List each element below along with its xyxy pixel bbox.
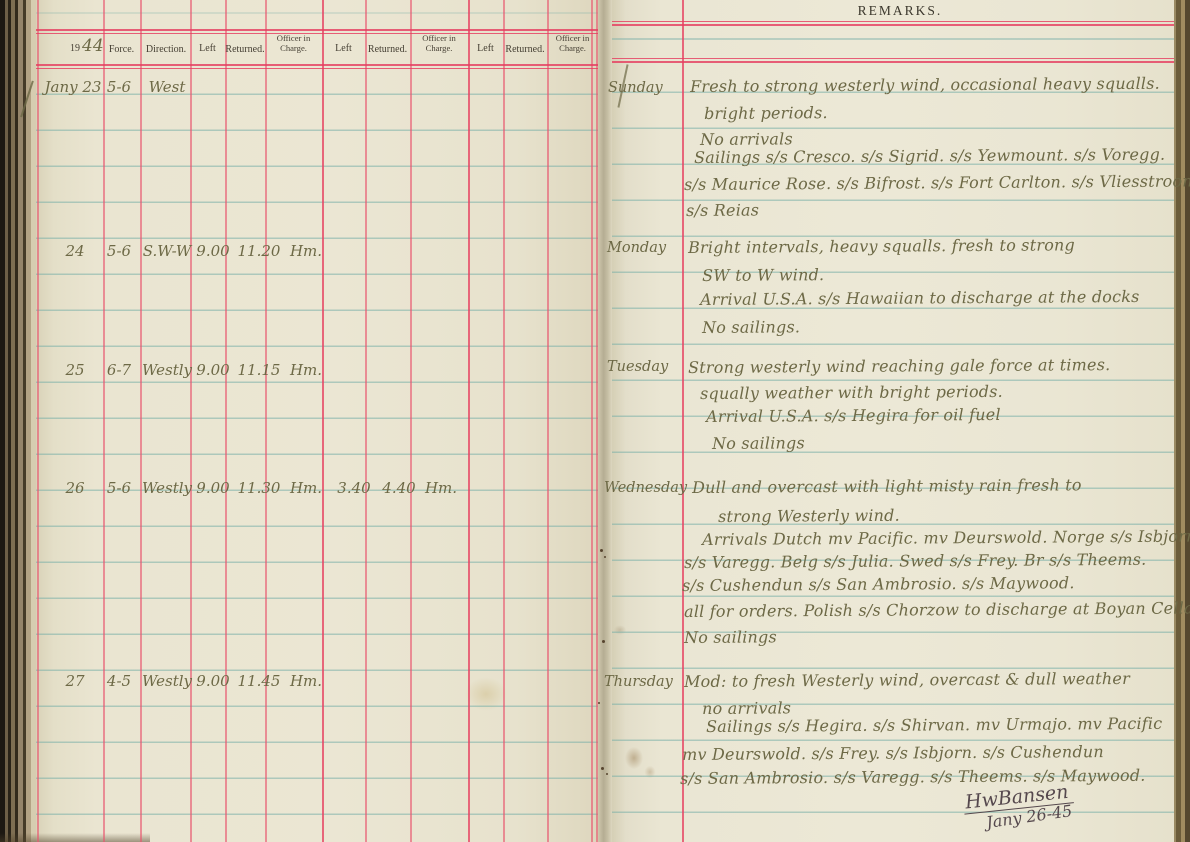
- cell-returned: 11.20: [235, 242, 283, 266]
- remarks-header: REMARKS.: [640, 3, 1160, 19]
- margin-line: [682, 0, 684, 842]
- column-line: [225, 0, 227, 842]
- book-binding: [0, 0, 36, 842]
- remark-line: mv Deurswold. s/s Frey. s/s Isbjorn. s/s…: [682, 742, 1104, 764]
- column-line: [365, 0, 367, 842]
- header-rule: [36, 64, 598, 66]
- cell-force: 5-6: [98, 479, 140, 503]
- stitch-dot: [602, 640, 605, 643]
- cell-left: 9.00: [191, 361, 235, 385]
- remark-line: strong Westerly wind.: [718, 506, 900, 526]
- remark-line: squally weather with bright periods.: [700, 382, 1003, 403]
- column-line: [322, 0, 324, 842]
- col-header-returned-1: Returned.: [225, 44, 265, 55]
- remark-line: Arrivals Dutch mv Pacific. mv Deurswold.…: [702, 527, 1190, 549]
- cell-left: 9.00: [191, 672, 235, 696]
- header-rule: [36, 68, 598, 70]
- col-header-left-1: Left: [190, 43, 225, 54]
- header-rule: [612, 24, 1174, 26]
- cell-left-2: 3.40: [331, 479, 377, 503]
- remark-line: Arrival U.S.A. s/s Hawaiian to discharge…: [700, 287, 1140, 309]
- cell-left: 9.00: [191, 479, 235, 503]
- remark-line: all for orders. Polish s/s Chorzow to di…: [684, 598, 1190, 621]
- col-header-direction: Direction.: [142, 44, 190, 55]
- remark-line: Dull and overcast with light misty rain …: [692, 475, 1082, 497]
- remark-line: s/s San Ambrosio. s/s Varegg. s/s Theems…: [680, 766, 1146, 788]
- cell-date: Jany 23: [40, 78, 106, 102]
- cell-officer: Hm.: [281, 672, 331, 696]
- remark-line: no arrivals: [702, 698, 791, 718]
- page-edge: [1174, 0, 1190, 842]
- ruled-line: [36, 12, 598, 14]
- year-handwritten: 44: [82, 36, 104, 56]
- page-gutter: [598, 0, 612, 842]
- cell-officer: Hm.: [281, 361, 331, 385]
- col-header-officer-1: Officer in Charge.: [267, 34, 320, 53]
- remark-line: bright periods.: [704, 103, 828, 123]
- remark-line: No arrivals: [700, 129, 793, 149]
- column-line: [591, 0, 593, 842]
- remark-line: s/s Cushendun s/s San Ambrosio. s/s Mayw…: [682, 573, 1075, 595]
- column-line: [103, 0, 105, 842]
- remark-line: s/s Maurice Rose. s/s Bifrost. s/s Fort …: [684, 171, 1190, 194]
- cell-direction: S.W-W: [140, 242, 194, 266]
- cell-direction: Westly: [140, 479, 194, 503]
- ruled-lines-left: [36, 59, 598, 842]
- cell-direction: Westly: [140, 361, 194, 385]
- ruled-line: [612, 38, 1174, 40]
- header-rule: [612, 21, 1174, 23]
- column-line: [37, 0, 39, 842]
- day-label-tuesday: Tuesday: [607, 359, 681, 375]
- cell-force: 6-7: [98, 361, 140, 385]
- stitch-dot: [600, 549, 603, 552]
- column-line: [265, 0, 267, 842]
- remark-line: Sailings s/s Cresco. s/s Sigrid. s/s Yew…: [694, 145, 1165, 167]
- stitch-dot: [598, 702, 600, 704]
- cell-force: 4-5: [98, 672, 140, 696]
- col-header-officer-2: Officer in Charge.: [412, 34, 466, 53]
- column-line: [596, 0, 598, 842]
- col-header-returned-3: Returned.: [503, 44, 547, 55]
- col-header-returned-2: Returned.: [365, 44, 410, 55]
- col-header-left-3: Left: [468, 43, 503, 54]
- stitch-dot: [606, 773, 608, 775]
- cell-returned: 11.15: [235, 361, 283, 385]
- remark-line: No sailings: [684, 627, 777, 647]
- remark-line: Arrival U.S.A. s/s Hegira for oil fuel: [706, 405, 1001, 426]
- cell-returned: 11.30: [235, 479, 283, 503]
- remark-line: Fresh to strong westerly wind, occasiona…: [690, 74, 1160, 96]
- col-header-left-2: Left: [322, 43, 365, 54]
- column-line: [190, 0, 192, 842]
- cell-force: 5-6: [98, 78, 140, 102]
- day-label-thursday: Thursday: [604, 674, 678, 690]
- remark-line: Sailings s/s Hegira. s/s Shirvan. mv Urm…: [706, 714, 1162, 736]
- cell-direction: Westly: [140, 672, 194, 696]
- col-header-officer-3: Officer in Charge.: [549, 34, 596, 53]
- column-line: [468, 0, 470, 842]
- stitch-dot: [601, 767, 604, 770]
- day-label-sunday: Sunday: [608, 80, 682, 96]
- remark-line: s/s Reias: [686, 200, 759, 220]
- cell-officer-2: Hm.: [413, 479, 469, 503]
- column-line: [140, 0, 142, 842]
- column-line: [503, 0, 505, 842]
- column-line: [547, 0, 549, 842]
- day-label-wednesday: Wednesday: [604, 480, 678, 496]
- header-rule: [612, 61, 1174, 63]
- cell-force: 5-6: [98, 242, 140, 266]
- day-label-monday: Monday: [607, 240, 681, 256]
- col-header-force: Force.: [103, 44, 140, 55]
- column-line: [410, 0, 412, 842]
- cell-officer: Hm.: [281, 242, 331, 266]
- remark-line: Strong westerly wind reaching gale force…: [688, 355, 1110, 377]
- logbook-scan: REMARKS. 19 44 Force. Direction. Left Re…: [0, 0, 1190, 842]
- cell-officer: Hm.: [281, 479, 331, 503]
- cell-returned: 11.45: [235, 672, 283, 696]
- cell-left: 9.00: [191, 242, 235, 266]
- header-rule: [36, 29, 598, 31]
- remark-line: SW to W wind.: [702, 265, 824, 285]
- remark-line: Bright intervals, heavy squalls. fresh t…: [688, 235, 1075, 257]
- remark-line: Mod: to fresh Westerly wind, overcast & …: [684, 669, 1130, 691]
- remark-line: No sailings: [712, 433, 805, 453]
- remark-line: No sailings.: [702, 317, 800, 337]
- stitch-dot: [604, 556, 606, 558]
- remark-line: s/s Varegg. Belg s/s Julia. Swed s/s Fre…: [684, 550, 1146, 572]
- cell-direction: West: [140, 78, 194, 102]
- header-rule: [612, 58, 1174, 60]
